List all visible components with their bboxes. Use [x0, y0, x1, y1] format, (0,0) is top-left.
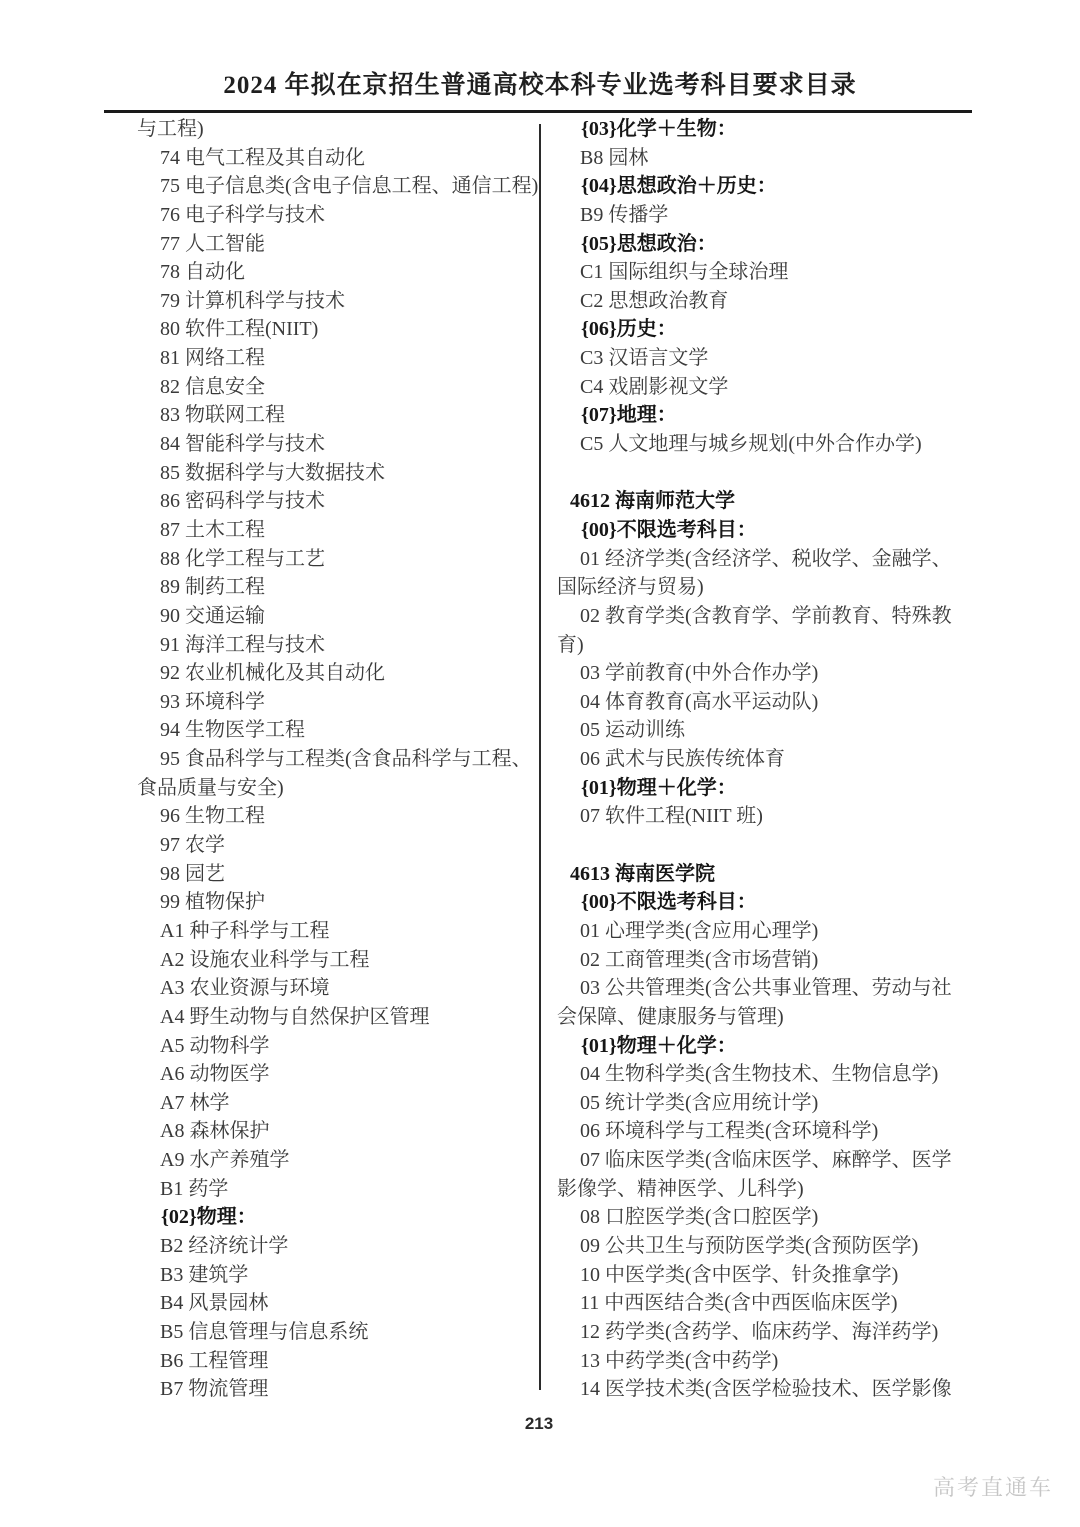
text-line: 76 电子科学与技术: [137, 201, 539, 230]
text-line: 08 口腔医学类(含口腔医学): [557, 1203, 977, 1232]
text-line: A7 林学: [137, 1089, 539, 1118]
text-line: B1 药学: [137, 1175, 539, 1204]
text-line: 96 生物工程: [137, 802, 539, 831]
text-line: 88 化学工程与工艺: [137, 545, 539, 574]
text-line: 78 自动化: [137, 258, 539, 287]
text-line: 84 智能科学与技术: [137, 430, 539, 459]
text-line: B6 工程管理: [137, 1347, 539, 1376]
text-line: 86 密码科学与技术: [137, 487, 539, 516]
text-line: {02}物理：: [137, 1203, 539, 1232]
text-line: C2 思想政治教育: [557, 287, 977, 316]
text-line: 05 统计学类(含应用统计学): [557, 1089, 977, 1118]
text-line: 85 数据科学与大数据技术: [137, 459, 539, 488]
text-line: 07 软件工程(NIIT 班): [557, 802, 977, 831]
text-line: C1 国际组织与全球治理: [557, 258, 977, 287]
text-line: A8 森林保护: [137, 1117, 539, 1146]
text-line: A5 动物科学: [137, 1032, 539, 1061]
text-line: 12 药学类(含药学、临床药学、海洋药学): [557, 1318, 977, 1347]
text-line: 74 电气工程及其自动化: [137, 144, 539, 173]
text-line: 75 电子信息类(含电子信息工程、通信工程): [137, 172, 539, 201]
text-line: 01 心理学类(含应用心理学): [557, 917, 977, 946]
text-line: 87 土木工程: [137, 516, 539, 545]
text-line: {00}不限选考科目：: [557, 888, 977, 917]
text-line: 82 信息安全: [137, 373, 539, 402]
text-line: 09 公共卫生与预防医学类(含预防医学): [557, 1232, 977, 1261]
text-line: C4 戏剧影视文学: [557, 373, 977, 402]
text-line: 95 食品科学与工程类(含食品科学与工程、: [137, 745, 539, 774]
text-line: {01}物理＋化学：: [557, 1032, 977, 1061]
text-line: B2 经济统计学: [137, 1232, 539, 1261]
text-line: C3 汉语言文学: [557, 344, 977, 373]
text-line: 91 海洋工程与技术: [137, 631, 539, 660]
text-line: B3 建筑学: [137, 1261, 539, 1290]
text-line: 与工程): [137, 115, 539, 144]
text-line: 89 制药工程: [137, 573, 539, 602]
text-line: 食品质量与安全): [137, 774, 539, 803]
text-line: [557, 831, 977, 860]
text-line: A1 种子科学与工程: [137, 917, 539, 946]
text-line: 77 人工智能: [137, 230, 539, 259]
header-rule: [104, 110, 972, 113]
text-line: B9 传播学: [557, 201, 977, 230]
text-line: [557, 459, 977, 488]
text-line: 会保障、健康服务与管理): [557, 1003, 977, 1032]
text-line: B5 信息管理与信息系统: [137, 1318, 539, 1347]
text-line: 80 软件工程(NIIT): [137, 315, 539, 344]
text-line: {07}地理：: [557, 401, 977, 430]
text-line: 07 临床医学类(含临床医学、麻醉学、医学: [557, 1146, 977, 1175]
text-line: 94 生物医学工程: [137, 716, 539, 745]
text-line: B4 风景园林: [137, 1289, 539, 1318]
text-line: 14 医学技术类(含医学检验技术、医学影像: [557, 1375, 977, 1404]
text-line: C5 人文地理与城乡规划(中外合作办学): [557, 430, 977, 459]
text-line: 92 农业机械化及其自动化: [137, 659, 539, 688]
text-line: {04}思想政治＋历史：: [557, 172, 977, 201]
text-line: A2 设施农业科学与工程: [137, 946, 539, 975]
text-line: 83 物联网工程: [137, 401, 539, 430]
text-line: 97 农学: [137, 831, 539, 860]
text-line: 4613 海南医学院: [557, 860, 977, 889]
column-divider: [539, 124, 541, 1390]
page-title: 2024 年拟在京招生普通高校本科专业选考科目要求目录: [0, 70, 1080, 102]
text-line: {01}物理＋化学：: [557, 774, 977, 803]
text-line: 育): [557, 631, 977, 660]
document-page: 2024 年拟在京招生普通高校本科专业选考科目要求目录 与工程)74 电气工程及…: [0, 0, 1080, 1527]
column-left: 与工程)74 电气工程及其自动化75 电子信息类(含电子信息工程、通信工程)76…: [137, 115, 539, 1404]
text-line: 03 学前教育(中外合作办学): [557, 659, 977, 688]
text-line: 06 环境科学与工程类(含环境科学): [557, 1117, 977, 1146]
text-line: A6 动物医学: [137, 1060, 539, 1089]
text-line: 13 中药学类(含中药学): [557, 1347, 977, 1376]
watermark: 高考直通车: [933, 1471, 1053, 1502]
text-line: 4612 海南师范大学: [557, 487, 977, 516]
text-line: B8 园林: [557, 144, 977, 173]
text-line: 90 交通运输: [137, 602, 539, 631]
text-line: 03 公共管理类(含公共事业管理、劳动与社: [557, 974, 977, 1003]
text-line: 影像学、精神医学、儿科学): [557, 1175, 977, 1204]
text-line: 04 体育教育(高水平运动队): [557, 688, 977, 717]
text-line: {03}化学＋生物：: [557, 115, 977, 144]
text-line: 06 武术与民族传统体育: [557, 745, 977, 774]
text-line: 02 工商管理类(含市场营销): [557, 946, 977, 975]
text-line: 10 中医学类(含中医学、针灸推拿学): [557, 1261, 977, 1290]
text-line: A4 野生动物与自然保护区管理: [137, 1003, 539, 1032]
text-line: 79 计算机科学与技术: [137, 287, 539, 316]
text-line: A3 农业资源与环境: [137, 974, 539, 1003]
text-line: 98 园艺: [137, 860, 539, 889]
text-line: A9 水产养殖学: [137, 1146, 539, 1175]
text-line: 02 教育学类(含教育学、学前教育、特殊教: [557, 602, 977, 631]
text-line: {05}思想政治：: [557, 230, 977, 259]
text-line: 93 环境科学: [137, 688, 539, 717]
text-line: B7 物流管理: [137, 1375, 539, 1404]
text-line: 99 植物保护: [137, 888, 539, 917]
text-line: {06}历史：: [557, 315, 977, 344]
text-line: 05 运动训练: [557, 716, 977, 745]
text-line: 01 经济学类(含经济学、税收学、金融学、: [557, 545, 977, 574]
text-line: {00}不限选考科目：: [557, 516, 977, 545]
column-right: {03}化学＋生物：B8 园林{04}思想政治＋历史：B9 传播学{05}思想政…: [557, 115, 977, 1404]
text-line: 国际经济与贸易): [557, 573, 977, 602]
text-line: 81 网络工程: [137, 344, 539, 373]
page-number: 213: [105, 1414, 973, 1434]
text-line: 04 生物科学类(含生物技术、生物信息学): [557, 1060, 977, 1089]
text-line: 11 中西医结合类(含中西医临床医学): [557, 1289, 977, 1318]
